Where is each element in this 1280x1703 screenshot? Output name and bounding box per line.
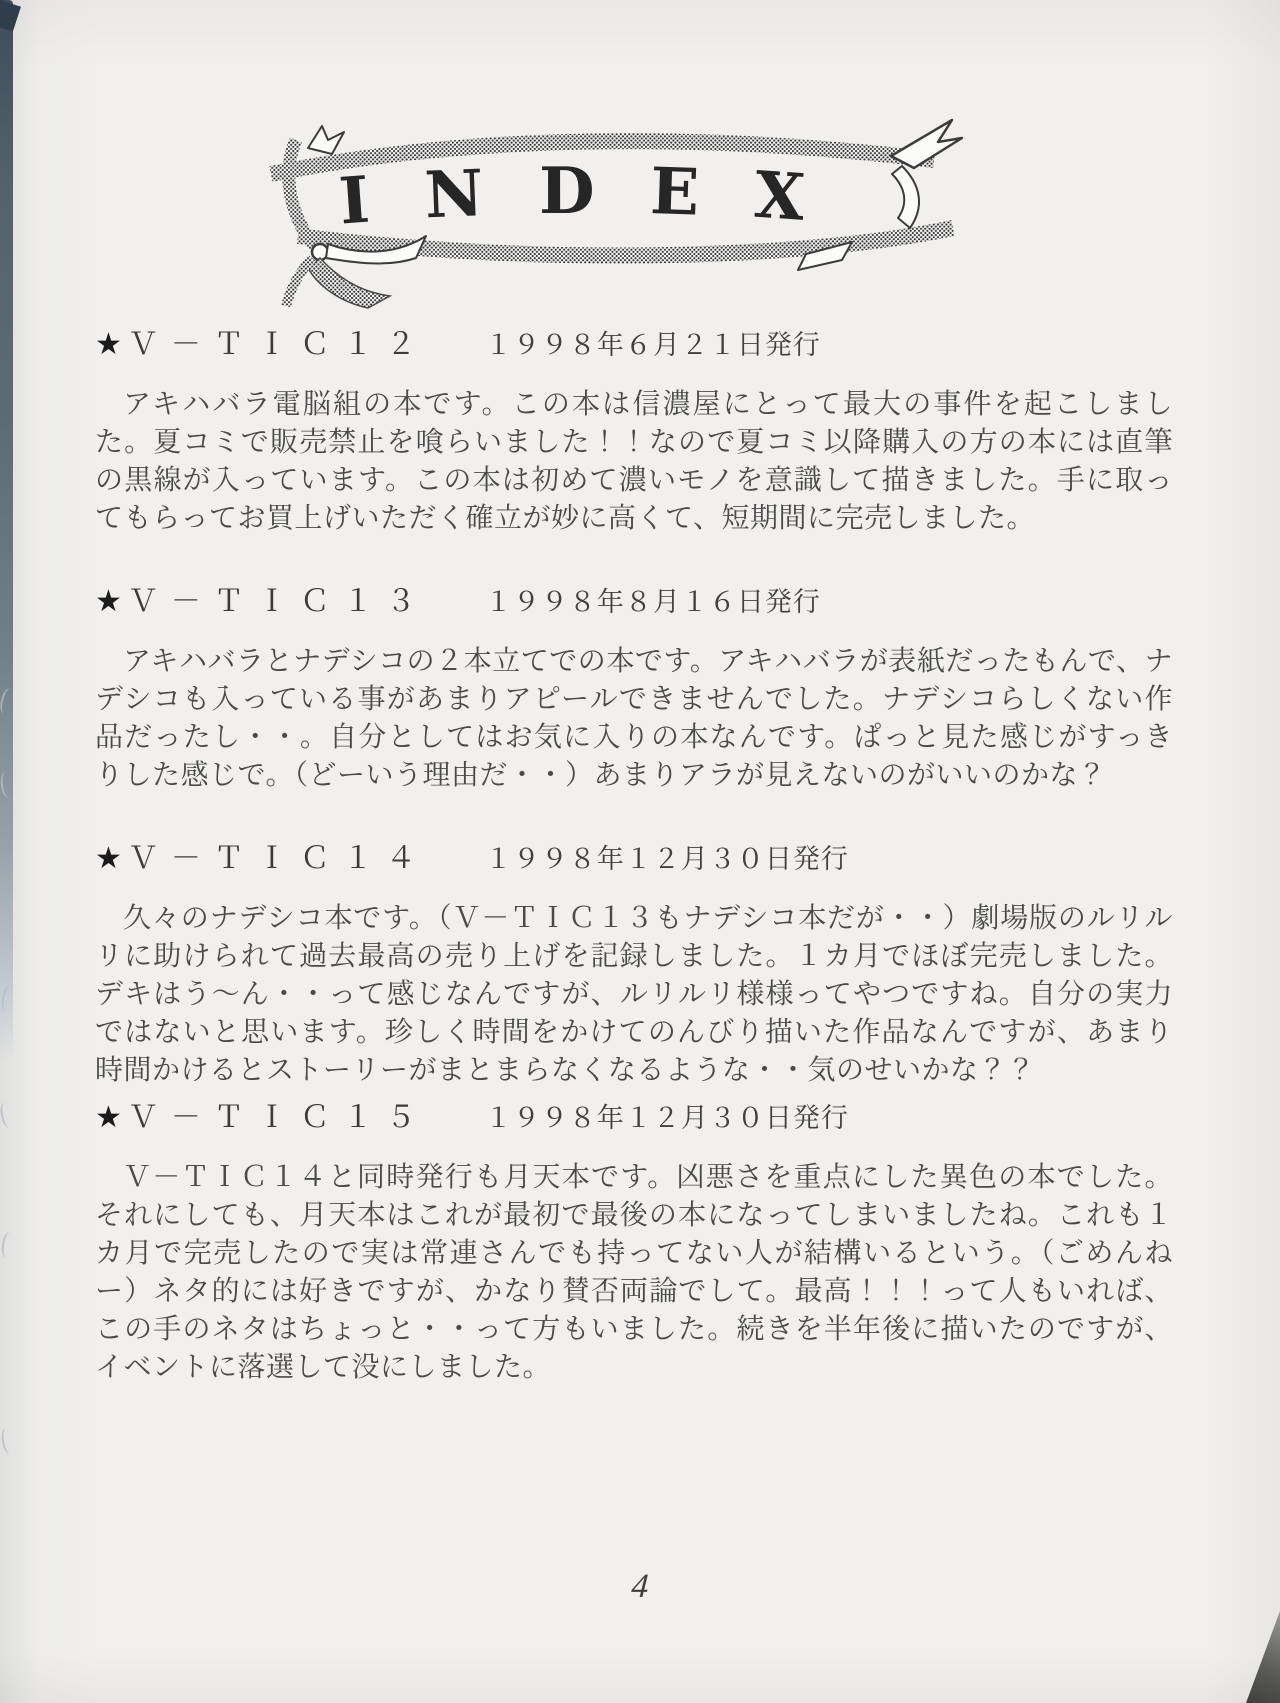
section-title: Ｖ－ＴＩＣ１２ [128, 328, 429, 361]
banner-title: INDEX [337, 154, 862, 240]
ribbon-left-fork [308, 126, 344, 154]
section-vtic12: ★Ｖ－ＴＩＣ１２１９９８年６月２１日発行 アキハバラ電脳組の本です。この本は信濃… [95, 325, 1173, 538]
scan-edge-mark [0, 1231, 16, 1258]
section-body: Ｖ－ＴＩＣ１４と同時発行も月天本です。凶悪さを重点にした異色の本でした。それにし… [95, 1159, 1173, 1387]
section-vtic14: ★Ｖ－ＴＩＣ１４１９９８年１２月３０日発行 久々のナデシコ本です。（Ｖ－ＴＩＣ１… [95, 839, 1173, 1090]
star-icon: ★ [95, 1101, 122, 1134]
scan-edge-artifact [0, 0, 13, 1060]
page-number: 4 [603, 1568, 678, 1606]
star-icon: ★ [95, 585, 122, 618]
section-title: Ｖ－ＴＩＣ１４ [128, 842, 429, 875]
banner-title-text: INDEX [337, 154, 862, 240]
section-date: １９９８年６月２１日発行 [485, 330, 821, 360]
ribbon-right-fork [891, 120, 962, 168]
section-date: １９９８年８月１６日発行 [485, 587, 821, 617]
section-body: アキハバラ電脳組の本です。この本は信濃屋にとって最大の事件を起こしました。夏コミ… [95, 386, 1173, 538]
scan-corner-shadow [1246, 1611, 1280, 1703]
section-date: １９９８年１２月３０日発行 [485, 1103, 849, 1133]
section-heading-vtic12: ★Ｖ－ＴＩＣ１２１９９８年６月２１日発行 [95, 325, 1173, 365]
section-date: １９９８年１２月３０日発行 [485, 844, 849, 874]
ribbon-tail [286, 258, 312, 306]
section-heading-vtic13: ★Ｖ－ＴＩＣ１３１９９８年８月１６日発行 [95, 582, 1173, 622]
section-body: 久々のナデシコ本です。（Ｖ－ＴＩＣ１３もナデシコ本だが・・）劇場版のルリルリに助… [95, 900, 1173, 1090]
star-icon: ★ [95, 842, 122, 875]
ribbon-right-curl [892, 166, 919, 228]
section-title: Ｖ－ＴＩＣ１５ [128, 1101, 429, 1134]
section-heading-vtic14: ★Ｖ－ＴＩＣ１４１９９８年１２月３０日発行 [95, 839, 1173, 879]
section-heading-vtic15: ★Ｖ－ＴＩＣ１５１９９８年１２月３０日発行 [95, 1098, 1173, 1138]
index-ribbon-banner: INDEX [246, 108, 964, 314]
scan-edge-mark [0, 1427, 16, 1455]
star-icon: ★ [95, 328, 122, 361]
index-list: ★Ｖ－ＴＩＣ１２１９９８年６月２１日発行 アキハバラ電脳組の本です。この本は信濃… [95, 300, 1173, 1387]
scan-edge-mark [0, 1101, 16, 1129]
scanned-page: INDEX ★Ｖ－ＴＩＣ１２１９９８年６月２１日発行 アキハバラ電脳組の本です。… [0, 0, 1280, 1703]
section-title: Ｖ－ＴＩＣ１３ [128, 585, 429, 618]
section-body: アキハバラとナデシコの２本立てでの本です。アキハバラが表紙だったもんで、ナデシコ… [95, 643, 1173, 795]
section-vtic13: ★Ｖ－ＴＩＣ１３１９９８年８月１６日発行 アキハバラとナデシコの２本立てでの本で… [95, 582, 1173, 795]
section-vtic15: ★Ｖ－ＴＩＣ１５１９９８年１２月３０日発行 Ｖ－ＴＩＣ１４と同時発行も月天本です… [95, 1098, 1173, 1387]
